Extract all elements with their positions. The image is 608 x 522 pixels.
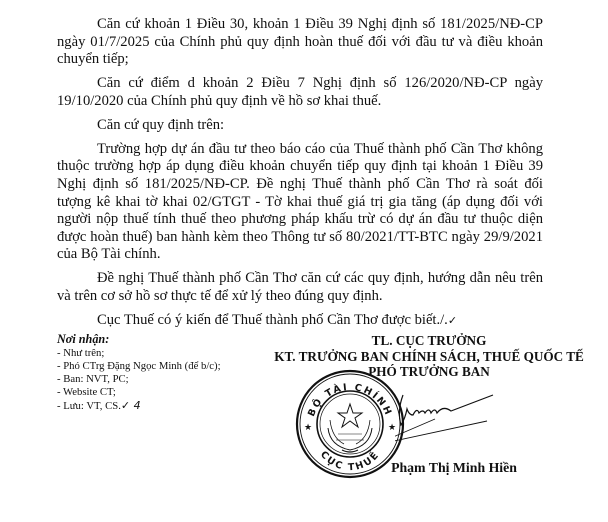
paragraph-basis-intro: Căn cứ quy định trên: [57,117,543,135]
handwritten-signature-icon [395,385,505,455]
svg-text:★: ★ [304,422,312,432]
handwritten-initials-icon: ✓ [448,314,457,327]
paragraph-request: Đề nghị Thuế thành phố Cần Thơ căn cứ cá… [57,270,543,305]
archive-text: - Lưu: VT, CS. [57,400,121,412]
recipient-item-archive: - Lưu: VT, CS.✓ 4 [57,399,247,413]
closing-text: Cục Thuế có ý kiến để Thuế thành phố Cần… [97,312,448,328]
signature-line-1: TL. CỤC TRƯỞNG [250,333,608,349]
recipients-list: Nơi nhận: - Như trên; - Phó CTrg Đặng Ng… [57,332,247,413]
recipients-title: Nơi nhận: [57,332,247,347]
paragraph-legal-basis-2: Căn cứ điểm d khoản 2 Điều 7 Nghị định s… [57,75,543,110]
handwritten-archive-initials-icon: ✓ 4 [121,399,141,412]
paragraph-closing: Cục Thuế có ý kiến để Thuế thành phố Cần… [57,312,543,330]
recipient-item: - Website CT; [57,386,247,399]
signer-name: Phạm Thị Minh Hiền [250,460,608,476]
recipient-item: - Như trên; [57,347,247,360]
recipient-item: - Phó CTrg Đặng Ngọc Minh (để b/c); [57,360,247,373]
letter-body: Căn cứ khoản 1 Điều 30, khoản 1 Điều 39 … [57,16,543,336]
paragraph-case-review: Trường hợp dự án đầu tư theo báo cáo của… [57,141,543,264]
signature-line-2: KT. TRƯỞNG BAN CHÍNH SÁCH, THUẾ QUỐC TẾ [250,349,608,365]
paragraph-legal-basis-1: Căn cứ khoản 1 Điều 30, khoản 1 Điều 39 … [57,16,543,69]
recipient-item: - Ban: NVT, PC; [57,373,247,386]
